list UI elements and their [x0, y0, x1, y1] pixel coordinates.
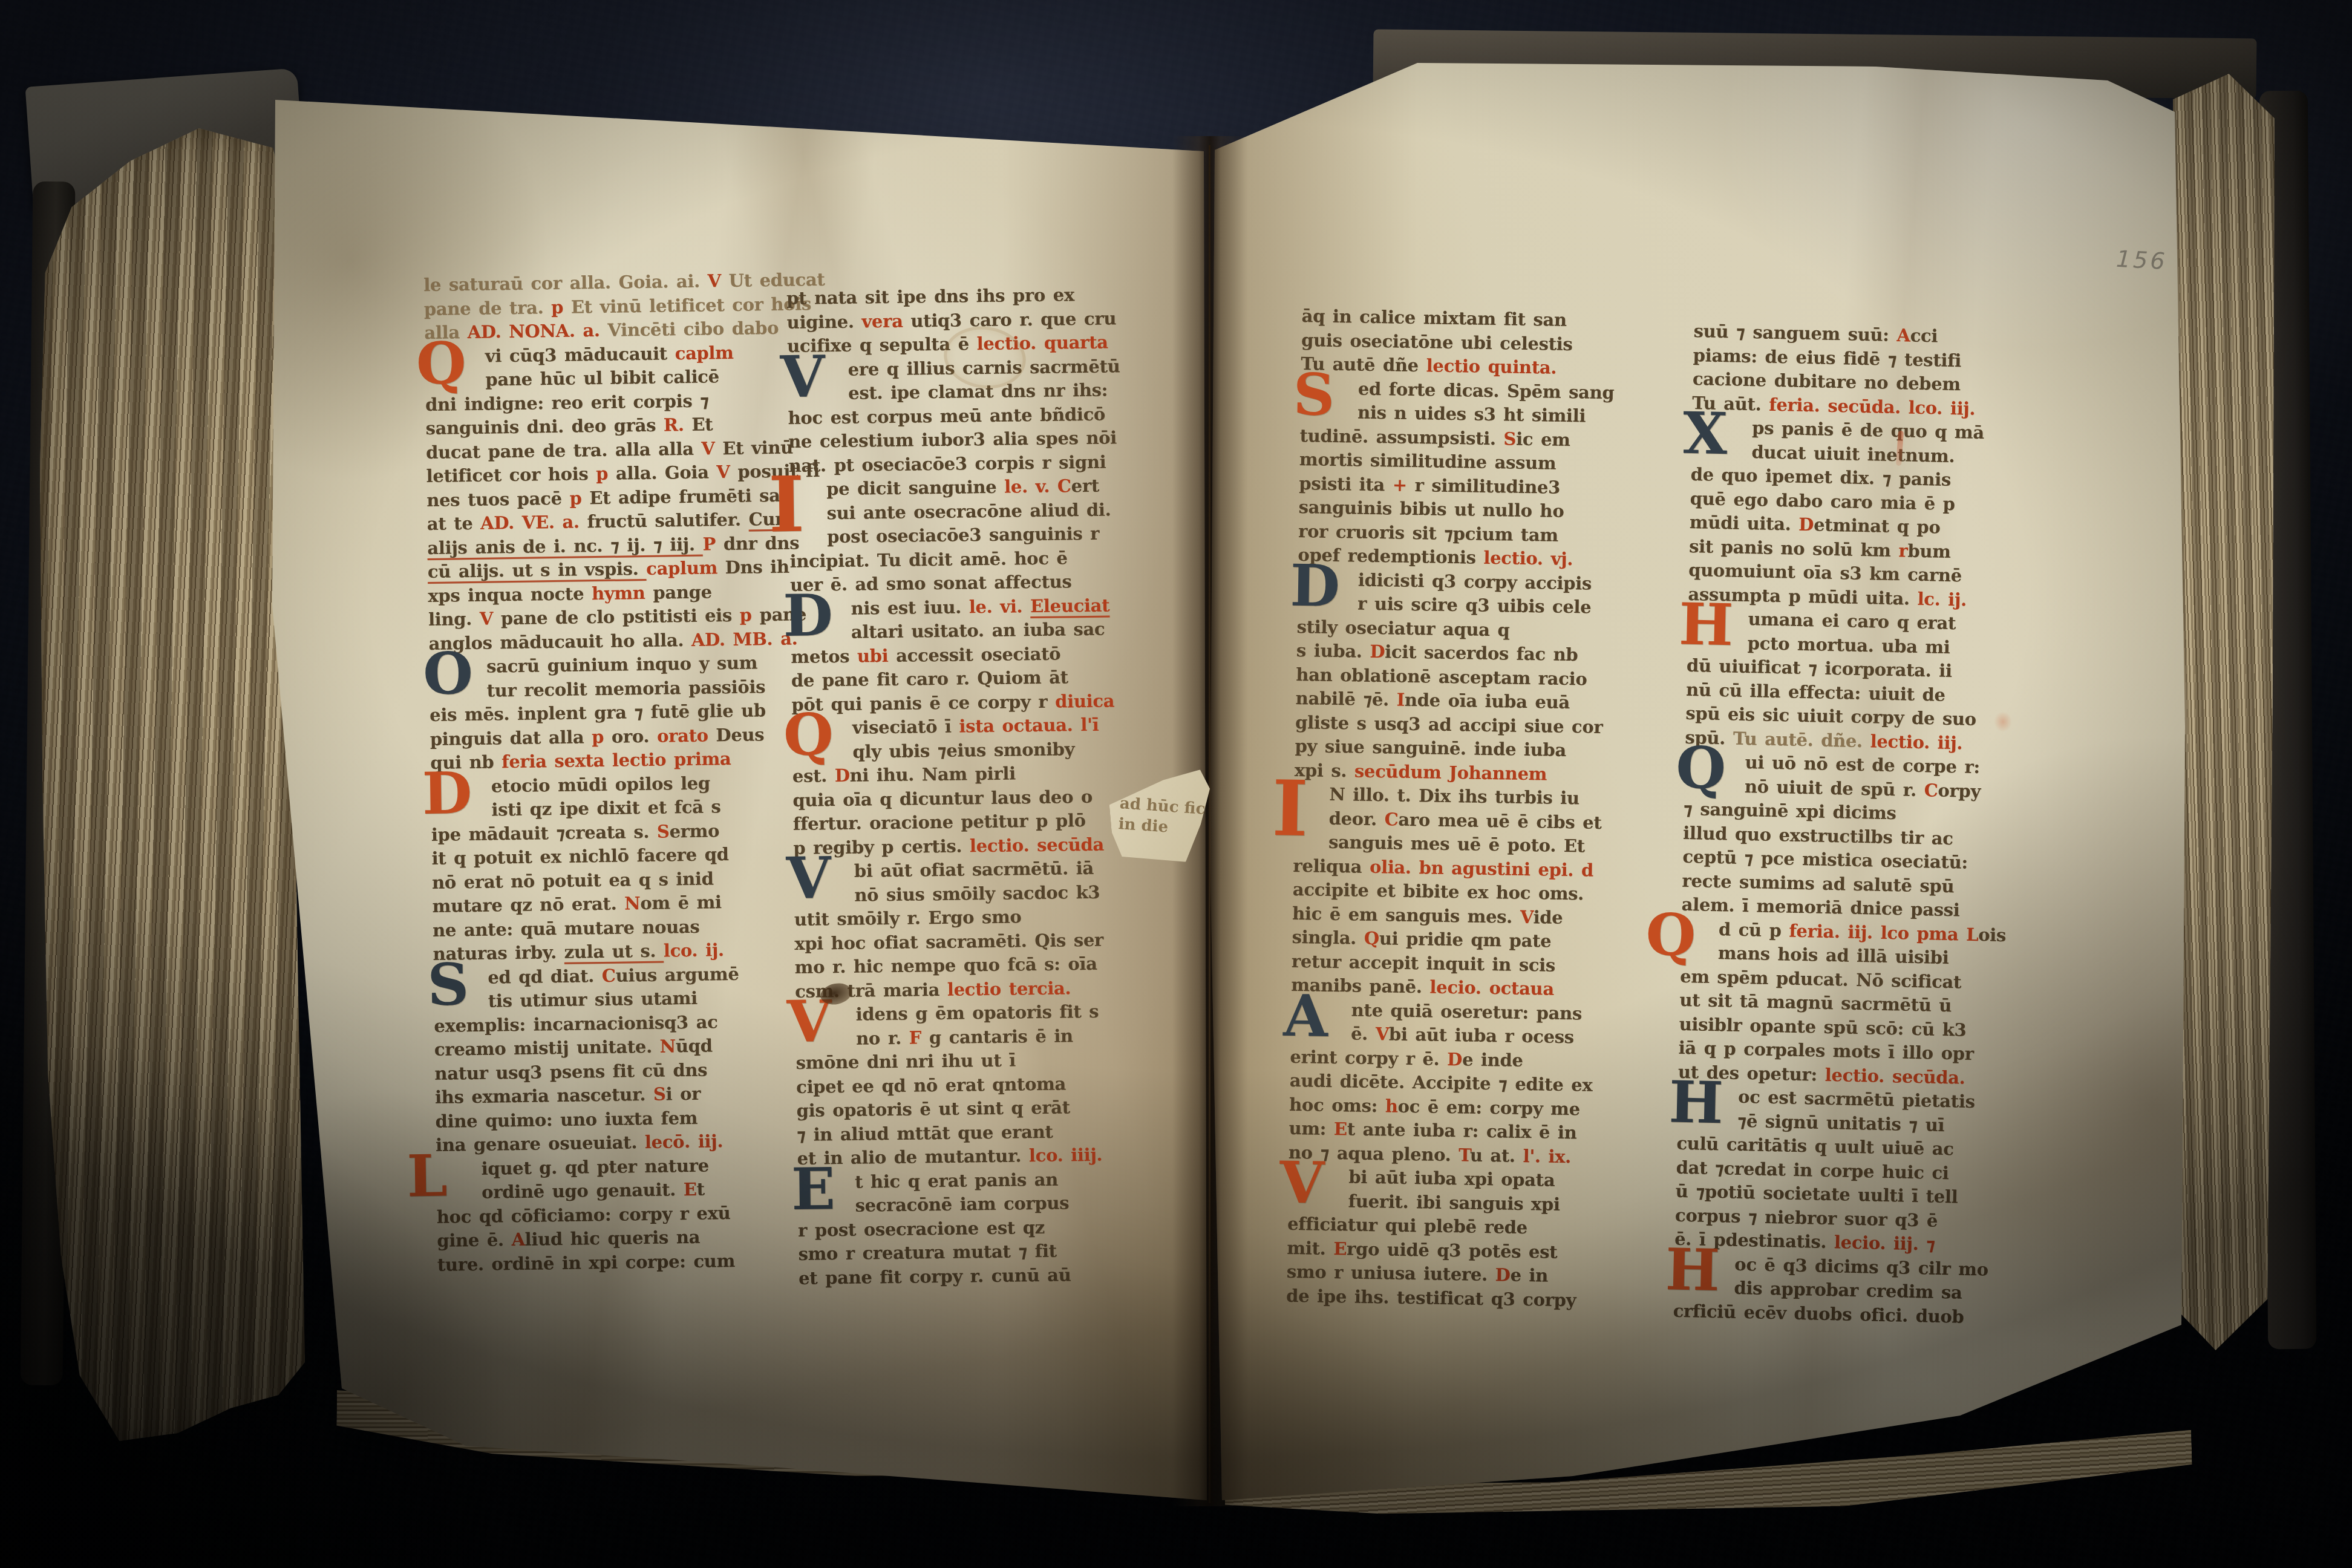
rubric-text: orato [657, 725, 716, 746]
rubric-text: p [551, 296, 571, 317]
body-text: Et adipe frumēti sa [589, 485, 780, 508]
body-text: ling. [428, 609, 480, 630]
body-text: ni ihu. Nam pirli [849, 763, 1016, 785]
rubric-text: D [1447, 1048, 1462, 1069]
rubric-text: h [1385, 1096, 1398, 1116]
body-text: natur usq3 psens fit cū dns [434, 1059, 707, 1083]
body-text: hoc est corpus meū ante bñdicō [788, 403, 1105, 428]
body-text: ps panis ē de quo q mā [1752, 417, 1984, 443]
body-text: at te [427, 513, 481, 534]
body-text: g cantaris ē in [929, 1025, 1073, 1048]
body-text: han oblationē asceptam racio [1296, 664, 1587, 689]
body-text: illud quo exstructilbs tir ac [1683, 822, 1953, 848]
body-text: eis mēs. inplent gra ⁊ futē glie ub [430, 700, 766, 725]
body-text: creamo mistij unitate. [434, 1036, 660, 1060]
body-text: nte quiā oseretur: pans [1351, 999, 1582, 1024]
body-text: pinguis dat alla [430, 727, 592, 750]
text-column-4: suū ⁊ sanguem suū: Accipiams: de eius fi… [1673, 319, 2045, 1330]
body-text: smo r creatura mutat ⁊ fit [798, 1241, 1057, 1264]
body-text: Tu autē. dñe. [1733, 728, 1870, 751]
body-text: Et [691, 414, 713, 434]
rubric-text: AD. MB. a. [691, 628, 798, 650]
body-text: vi cūq3 māducauit [485, 343, 675, 366]
body-text: dni indigne: reo erit corpis ⁊ [425, 390, 709, 415]
body-text: de ipe ihs. testificat q3 corpy [1286, 1285, 1576, 1310]
rubric-text: A [511, 1229, 525, 1250]
rubric-text: vera [861, 310, 910, 332]
body-text: ffertur. oracione petitur p plō [793, 810, 1086, 834]
body-text: ordinē ugo genauit. [482, 1179, 684, 1203]
drop-cap-initial: L [407, 1152, 448, 1200]
rubric-text: lectio. secūda. [1824, 1064, 1965, 1088]
rubric-text: AD. VE. a. [480, 511, 587, 533]
body-text: ic em [1516, 428, 1570, 449]
body-text: uisiblr opante spū scō: cū k3 [1679, 1013, 1966, 1040]
body-text: t ante iuba r: calix ē in [1347, 1119, 1577, 1143]
rubric-text: C [1924, 780, 1938, 800]
page-edge-stack-left [40, 128, 305, 1441]
body-text: rgo uidē q3 potēs est [1347, 1238, 1558, 1262]
body-text: t hic q erat panis an [855, 1169, 1058, 1192]
rubric-text: R. [664, 414, 692, 436]
body-text: liud hic queris na [524, 1227, 700, 1250]
body-text: ē. [1351, 1023, 1376, 1044]
body-text: sanguis mes uē ē poto. Et [1328, 832, 1585, 857]
body-text: nis est iuu. [851, 596, 969, 618]
rubric-text: p [569, 488, 589, 508]
body-text: r similitudine3 [1414, 474, 1560, 497]
body-text: iquet g. qd pter nature [481, 1155, 709, 1178]
body-text: viseciatō ī [852, 716, 959, 738]
body-text: Deus [716, 724, 764, 745]
body-text: post oseciacōe3 sanguinis r [827, 523, 1099, 547]
rubric-text: le. vi. [969, 596, 1031, 617]
body-text: ūqd [676, 1035, 713, 1056]
body-text: e in [1510, 1265, 1548, 1286]
drop-cap-initial: D [422, 769, 472, 817]
rubric-text: lectio quinta. [1426, 355, 1557, 377]
body-text: quē ego dabo caro mia ē p [1690, 488, 1955, 514]
rubric-text: + [1393, 474, 1415, 495]
body-text: erint corpy r ē. [1290, 1046, 1447, 1069]
drop-cap-initial: V [786, 998, 832, 1046]
body-text: incipiat. Tu dicit amē. hoc ē [789, 547, 1067, 572]
body-text: crficiū ecēv duobs ofici. duob [1673, 1300, 1964, 1327]
gutter-fold-line [1209, 145, 1210, 1503]
body-text: accessit oseciatō [896, 643, 1060, 665]
text-column-3: āq in calice mixtam fit sanguis oseciatō… [1286, 304, 1641, 1313]
body-text: sanguinis bibis ut nullo ho [1298, 497, 1564, 521]
body-text: hoc oms: [1289, 1094, 1385, 1116]
body-text: exemplis: incarnacionisq3 ac [434, 1011, 718, 1036]
body-text: zula ut s. [564, 941, 664, 962]
body-text: quomuiunt oīa s3 km carnē [1688, 560, 1962, 586]
rubric-text: lectio. iij. [1870, 731, 1962, 753]
body-text: umana ei caro q erat [1748, 609, 1956, 633]
scene: { "palette": { "cloth": "#10131b", "parc… [0, 0, 2352, 1568]
body-text: cū alijs. ut s in vspis. [428, 558, 647, 582]
body-text: secracōnē iam corpus [855, 1192, 1069, 1215]
body-text: etocio mūdi opilos leg [491, 773, 710, 796]
body-text: de quo ipemet dix. ⁊ panis [1690, 464, 1951, 490]
body-text: piams: de eius fidē ⁊ testifi [1693, 344, 1961, 370]
body-text: ed forte dicas. Spēm sang [1358, 378, 1615, 403]
drop-cap-initial: D [1290, 562, 1340, 610]
body-text: iā q p corpales mots ī illo opr [1678, 1037, 1974, 1064]
body-text: ceptū ⁊ pce mistica oseciatū: [1682, 846, 1968, 873]
body-text: em spēm pducat. Nō scificat [1680, 965, 1962, 992]
body-text: ois [1978, 924, 2006, 946]
body-text: ture. ordinē in xpi corpe: cum [437, 1250, 735, 1275]
rubric-text: le. v. [1004, 476, 1057, 497]
rubric-text: A [1896, 325, 1910, 345]
body-text: mortis similitudine assum [1299, 449, 1557, 474]
drop-cap-initial: Q [783, 711, 834, 759]
body-text: hic ē em sanguis mes. [1292, 903, 1520, 927]
rubric-text: D [835, 765, 850, 786]
body-text: nō erat nō potuit ea q s inid [432, 868, 714, 892]
body-text: nō uiuit de spū r. [1745, 776, 1925, 800]
folio-number-pencil: 156 [2115, 246, 2168, 275]
body-text: dū uiuificat ⁊ icorporata. ii [1687, 655, 1952, 681]
rubric-text: lectio. secūda [970, 834, 1104, 856]
body-text: pe dicit sanguine [826, 477, 1005, 500]
drop-cap-initial: H [1679, 601, 1734, 650]
rubric-text: C [602, 965, 616, 985]
body-text: ne celestium iubor3 alia spes nōi [788, 427, 1117, 452]
rubric-text: S [653, 1084, 666, 1105]
red-smudge [1994, 711, 2012, 732]
body-text: qly ubis ⁊eius smoniby [852, 739, 1074, 762]
body-text: icit sacerdos fac nb [1385, 641, 1578, 665]
rubric-text: l'. ix. [1523, 1145, 1571, 1166]
body-text: suū ⁊ sanguem suū: [1693, 321, 1897, 345]
rubric-text: p [596, 463, 616, 484]
rubric-text: D [1495, 1264, 1510, 1285]
drop-cap-initial: V [1279, 1160, 1325, 1207]
body-text: oc ē q3 dicims q3 cilr mo [1734, 1253, 1988, 1279]
rubric-text: Q [1364, 928, 1379, 949]
body-text: bum [1907, 540, 1951, 561]
body-text: ror cruoris sit ⁊pcium tam [1298, 520, 1558, 545]
body-text: ert [1071, 475, 1099, 497]
rubric-text: F [909, 1027, 930, 1048]
body-text: om ē mi [640, 892, 722, 913]
body-text: um: [1289, 1118, 1334, 1139]
body-text: fructū salutifer. [587, 509, 748, 532]
rubric-text: V [1376, 1024, 1390, 1044]
body-text: pcto mortua. uba mi [1747, 632, 1950, 657]
body-text: bi aūt iuba r ocess [1389, 1024, 1574, 1047]
body-text: recte sumims ad salutē spū [1682, 870, 1954, 896]
drop-cap-initial: X [1682, 410, 1728, 458]
drop-cap-initial: H [1668, 1079, 1723, 1127]
rubric-text: L [1966, 924, 1979, 944]
body-text: Et vinū letificet [571, 295, 725, 318]
body-text: dis approbar credim sa [1734, 1278, 1962, 1303]
rubric-text: secūdum Johannem [1354, 760, 1547, 784]
rubric-text: feria. secūda. lco. iij. [1769, 394, 1976, 419]
body-text: alijs anis de i. nc. ⁊ ij. ⁊ iij. [427, 534, 703, 558]
drop-cap-initial: V [780, 353, 825, 401]
body-text: sui ante osecracōne aliud di. [826, 499, 1111, 523]
rubric-text: V [1520, 906, 1534, 927]
drop-cap-initial: Q [416, 340, 467, 388]
rubric-text: olia. bn agustini epi. d [1370, 856, 1593, 880]
body-text: alla. Goia. ai. [569, 270, 708, 293]
rubric-text: diuica [1055, 690, 1114, 711]
body-text: e inde [1462, 1049, 1523, 1071]
rubric-text: T [1459, 1145, 1470, 1165]
body-text: Et vinū [722, 437, 793, 459]
body-text: ermo [669, 820, 719, 841]
body-text: ⁊ē signū unitatis ⁊ uī [1737, 1110, 1945, 1135]
drop-cap-initial: A [1283, 992, 1328, 1040]
rubric-text: V [701, 438, 722, 459]
drop-cap-initial: E [791, 1166, 835, 1214]
body-text: nes tuos pacē [426, 488, 570, 510]
rubric-text: p [592, 726, 612, 746]
body-text: gis opatoris ē ut sint q erāt [796, 1097, 1070, 1121]
body-text: ne ante: quā mutare nouas [433, 916, 700, 940]
body-text: guis oseciatōne ubi celestis [1301, 329, 1573, 354]
body-text: mūdi uita. [1690, 512, 1799, 535]
drop-cap-initial: O [423, 650, 474, 698]
body-text: smo r uniusa iutere. [1287, 1261, 1495, 1285]
body-text: corpus ⁊ niebror suor q3 ē [1675, 1204, 1938, 1230]
rubric-text: caplm [675, 342, 733, 363]
body-text: pane hūc ul bibit calicē [485, 366, 719, 390]
body-text: āq in calice mixtam fit san [1301, 305, 1567, 330]
body-text: d cū p [1719, 919, 1789, 941]
body-text: ihs exmaria nascetur. [435, 1084, 653, 1108]
body-text: s iuba. [1296, 640, 1370, 662]
rubric-text: P [702, 534, 724, 554]
rubric-text: r [1898, 540, 1908, 561]
body-text: utiq3 caro r. que cru [910, 308, 1116, 331]
body-text: cacione dubitare no debem [1693, 368, 1961, 394]
body-text: idens g ēm opatoris fit s [855, 1001, 1099, 1025]
drop-cap-initial: V [786, 855, 831, 903]
body-text: cci [1910, 325, 1938, 347]
body-text: tudinē. assumpsisti. [1299, 425, 1503, 448]
body-text: i or [665, 1083, 701, 1105]
rubric-text: lecō. iij. [645, 1131, 724, 1152]
body-text: le saturaū cor [423, 273, 570, 295]
body-text: ⁊ in aliud mttāt que erant [797, 1121, 1053, 1145]
body-text: cipet ee qd nō erat qntoma [796, 1073, 1066, 1097]
text-line: et pane fit corpy r. cunū aū [799, 1262, 1161, 1290]
body-text: deor. [1328, 808, 1385, 829]
rubric-text: D [1798, 514, 1814, 535]
body-text: quia oīa q dicuntur laus deo o [792, 786, 1093, 810]
body-text: alem. ī memoriā dnice passi [1681, 894, 1959, 921]
rubric-text: lectio. vj. [1483, 547, 1573, 569]
drop-cap-initial: Q [1676, 745, 1726, 792]
body-text: oro. [612, 725, 658, 746]
body-text: nis n uides s3 ht simili [1357, 402, 1586, 426]
body-text: singla. [1292, 927, 1364, 949]
rubric-text: hymn [592, 582, 653, 603]
body-text: idicisti q3 corpy accipis [1358, 569, 1592, 593]
body-text: dine quimo: uno iuxta fem [435, 1107, 697, 1131]
body-text: Dns ih [725, 557, 789, 578]
rubric-text: V [707, 270, 728, 291]
rubric-text: lecio. octaua [1429, 976, 1554, 999]
body-text: sit panis no solū km [1689, 535, 1899, 560]
body-text: alla. Goia [616, 462, 717, 483]
rubric-text: lecio. iij. ⁊ [1834, 1232, 1936, 1254]
drop-cap-initial: H [1665, 1246, 1720, 1295]
body-text: ui uō nō est de corpe r: [1745, 752, 1980, 777]
body-text: hoc qd cōficiamo: corpy r exū [437, 1203, 731, 1227]
body-text: ducat pane de tra. alla alla [426, 438, 702, 462]
body-text: gine ē. [437, 1229, 512, 1251]
body-text: mo r. hic nempe quo fcā s: oīa [795, 953, 1097, 978]
body-text: audi dicēte. Accipite ⁊ edite ex [1290, 1070, 1593, 1096]
body-text: nabilē ⁊ē. [1296, 688, 1397, 710]
rubric-text: N [659, 1036, 676, 1056]
body-text: no r. [856, 1027, 909, 1048]
rubric-text: lectio tercia. [947, 978, 1071, 999]
body-text: xps inqua nocte [428, 583, 592, 606]
rubric-text: lco. ij. [664, 939, 724, 961]
body-text: pange [653, 581, 712, 603]
body-text: nū cū illa effecta: uiuit de [1686, 679, 1945, 705]
body-text: r uis scire q3 uibis cele [1357, 593, 1592, 618]
body-text: sacrū guinium inquo y sum [486, 652, 757, 676]
body-text: ide [1533, 907, 1563, 928]
body-text: pane de tra. [424, 297, 552, 319]
body-text: it q potuit ex nichlō facere qd [431, 844, 729, 869]
rubric-text: V [716, 462, 737, 482]
rubric-text: C [1384, 809, 1398, 829]
body-text: pt nata sit ipe dns ihs pro ex [786, 284, 1074, 309]
body-text: etminat q po [1814, 514, 1941, 537]
body-text: et pane fit corpy r. cunū aū [799, 1264, 1071, 1289]
fore-edge-stack-right [2173, 74, 2275, 1350]
rubric-text: AD. NONA. a. [467, 320, 600, 342]
drop-cap-initial: I [1272, 777, 1308, 840]
body-text: xpi hoc ofiat sacramēti. Qis ser [794, 929, 1103, 953]
marginal-note-text: ad hūc fic in die [1118, 793, 1206, 840]
body-text: tur recolit memoria passiōis [486, 676, 765, 701]
body-text: de pane fit caro r. Quiom āt [791, 667, 1068, 691]
body-text: ut sit tā magnū sacrmētū ū [1679, 990, 1952, 1016]
body-text: Vincēti cibo dabo [599, 318, 779, 341]
body-text: nde oīa iuba euā [1405, 690, 1570, 713]
rubric-text: Eleuciat [1030, 595, 1110, 616]
body-text: orpy [1938, 780, 1981, 801]
body-text: N illo. t. Dix ihs turbis iu [1329, 784, 1579, 808]
body-text: culū caritātis q uult uiuē ac [1676, 1133, 1954, 1160]
drop-cap-initial: D [783, 592, 833, 640]
body-text: oc ē em: corpy me [1397, 1096, 1580, 1119]
body-text: py siue sanguinē. inde iuba [1295, 736, 1566, 760]
body-text: fuerit. ibi sanguis xpi [1348, 1191, 1560, 1214]
body-text: bi aūt ofiat sacrmētū. iā [854, 858, 1094, 881]
rubric-text: S [1503, 428, 1516, 449]
body-text: t [696, 1179, 705, 1200]
drop-cap-initial: Q [1645, 911, 1696, 959]
body-text: mans hois ad illā uisibi [1718, 942, 1949, 968]
body-text: uius argumē [615, 963, 739, 985]
text-line: ture. ordinē in xpi corpe: cum [437, 1249, 776, 1277]
rubric-text: ubi [857, 645, 897, 666]
body-text: altari usitato. an iuba sac [851, 619, 1105, 642]
rubric-text: N [624, 893, 641, 913]
body-text: spū eis sic uiuit corpy de suo [1685, 703, 1976, 730]
body-text: bi aūt iuba xpi opata [1348, 1166, 1555, 1190]
body-text: reliqua [1293, 855, 1370, 877]
body-text: oc est sacrmētū pietatis [1738, 1086, 1975, 1112]
body-text: psisti ita [1299, 472, 1393, 494]
body-text: sanguinis dni. deo grās [425, 414, 664, 438]
body-text: ed qd diat. [488, 965, 602, 987]
body-text: ui pridie qm pate [1379, 928, 1552, 951]
rubric-text: C [1057, 475, 1071, 496]
body-text: aro mea uē ē cibs et [1398, 809, 1601, 832]
rubric-text: feria. iij. lco pma [1789, 920, 1967, 944]
text-column-2: pt nata sit ipe dns ihs pro exuigine. ve… [786, 283, 1161, 1290]
body-text: tis utimur sius utami [488, 988, 697, 1011]
body-text: isti qz ipe dixit et fcā s [491, 796, 721, 820]
rubric-text: E [684, 1179, 697, 1200]
rubric-text: D [1370, 641, 1385, 662]
body-text: dat ⁊credat in corpe huic ci [1676, 1157, 1949, 1183]
body-text: pane de clo pstitisti eis [501, 605, 740, 629]
body-text: letificet cor hois [426, 463, 596, 486]
body-text: ⁊ sanguinē xpi dicims [1684, 799, 1896, 823]
rubric-text: feria sexta lectio prima [501, 748, 731, 772]
body-text: accipite et bibite ex hoc oms. [1293, 879, 1584, 904]
body-text: u at. [1470, 1145, 1523, 1166]
body-text: ū ⁊potiū societate uulti ī tell [1675, 1181, 1958, 1207]
drop-cap-initial: S [427, 961, 469, 1009]
rubric-text: S [657, 821, 670, 841]
body-text: stily oseciatur aqua q [1296, 616, 1509, 640]
rubric-text: E [1334, 1119, 1347, 1139]
body-text: nō sius smōily sacdoc k3 [854, 881, 1100, 905]
rubric-text: ista octaua. l'ī [959, 714, 1099, 737]
body-text: gliste s usq3 ad accipi siue cor [1295, 711, 1603, 737]
body-text: ina genare osueuiat. [436, 1132, 645, 1155]
drop-cap-initial: S [1293, 371, 1335, 419]
rubric-text: E [1333, 1238, 1347, 1259]
rubric-text: lc. ij. [1917, 588, 1967, 610]
body-text: nat. pt oseciacōe3 corpis r signi [788, 451, 1106, 475]
body-text: mutare qz nō erat. [432, 893, 624, 916]
rubric-text: lco. iiij. [1029, 1145, 1103, 1166]
body-text: mit. [1287, 1237, 1333, 1258]
rubric-text: caplum [646, 557, 725, 579]
body-text: efficiatur qui plebē rede [1287, 1214, 1527, 1238]
body-text: retur accepit inquit in scis [1292, 950, 1556, 975]
drop-cap-initial: I [768, 473, 805, 536]
rubric-text: I [1396, 690, 1405, 710]
body-text: uigine. [787, 311, 862, 333]
text-column-1: le saturaū cor alla. Goia. ai. V Ut educ… [423, 269, 776, 1277]
rubric-text: p [739, 604, 759, 625]
body-text: ducat uiuit inetnum. [1751, 442, 1955, 466]
rubric-text: V [480, 608, 501, 629]
